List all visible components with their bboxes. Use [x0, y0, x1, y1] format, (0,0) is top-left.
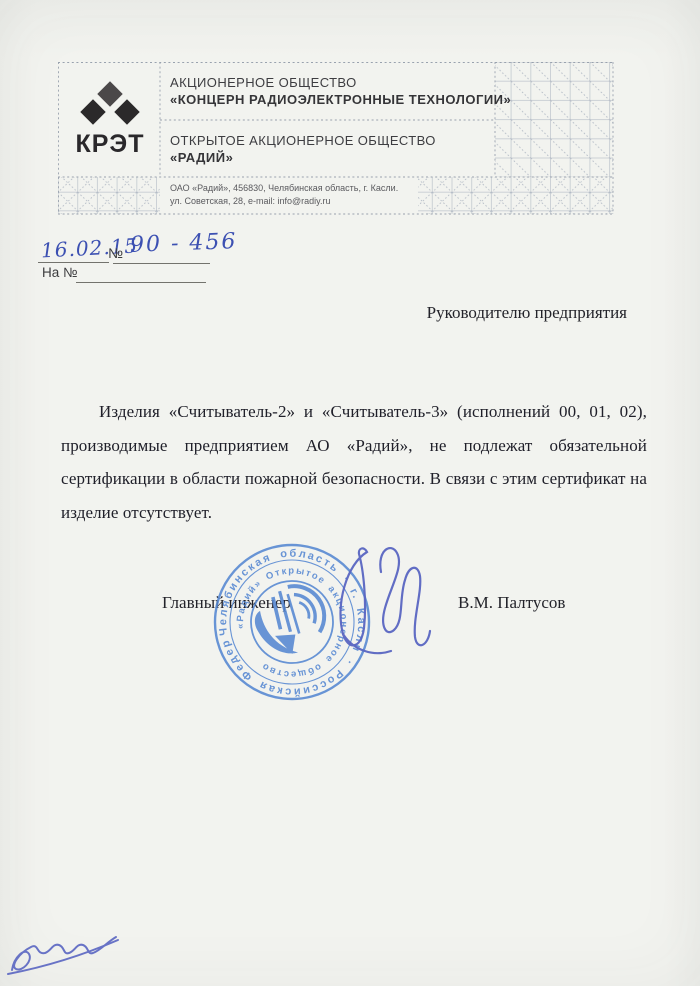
- parent-company-line1: АКЦИОНЕРНОЕ ОБЩЕСТВО: [170, 75, 511, 90]
- company-address: ОАО «Радий», 456830, Челябинская область…: [170, 182, 398, 208]
- kret-diamonds-icon: [72, 84, 148, 130]
- kret-logo: КРЭТ: [72, 84, 148, 186]
- reply-to-label: На №: [42, 265, 78, 280]
- diamond-top-icon: [97, 81, 122, 106]
- company-line1: ОТКРЫТОЕ АКЦИОНЕРНОЕ ОБЩЕСТВО: [170, 133, 436, 148]
- scanned-letter-page: КРЭТ АКЦИОНЕРНОЕ ОБЩЕСТВО «КОНЦЕРН РАДИО…: [0, 0, 700, 986]
- number-sign-label: №: [108, 245, 123, 261]
- kret-logo-text: КРЭТ: [70, 130, 150, 159]
- recipient-line: Руководителю предприятия: [427, 303, 627, 323]
- pen-signature: [315, 538, 455, 673]
- signer-name: В.М. Палтусов: [458, 593, 565, 613]
- date-underline: [38, 262, 109, 263]
- company-line2: «РАДИЙ»: [170, 150, 436, 165]
- reply-to-underline: [76, 282, 206, 283]
- handwritten-date: 16.02.15: [40, 233, 138, 262]
- corner-pen-scribble: [2, 912, 127, 984]
- number-underline: [113, 263, 210, 264]
- letter-body-paragraph: Изделия «Считыватель-2» и «Считыватель-3…: [61, 395, 647, 529]
- handwritten-outgoing-number: 90 - 456: [130, 229, 238, 258]
- parent-company-name: АКЦИОНЕРНОЕ ОБЩЕСТВО «КОНЦЕРН РАДИОЭЛЕКТ…: [170, 75, 511, 107]
- address-line2: ул. Советская, 28, e-mail: info@radiy.ru: [170, 195, 398, 208]
- diamond-right-icon: [114, 99, 139, 124]
- company-name: ОТКРЫТОЕ АКЦИОНЕРНОЕ ОБЩЕСТВО «РАДИЙ»: [170, 133, 436, 165]
- diamond-left-icon: [80, 99, 105, 124]
- parent-company-line2: «КОНЦЕРН РАДИОЭЛЕКТРОННЫЕ ТЕХНОЛОГИИ»: [170, 92, 511, 107]
- address-line1: ОАО «Радий», 456830, Челябинская область…: [170, 182, 398, 195]
- letterhead: КРЭТ АКЦИОНЕРНОЕ ОБЩЕСТВО «КОНЦЕРН РАДИО…: [58, 62, 615, 215]
